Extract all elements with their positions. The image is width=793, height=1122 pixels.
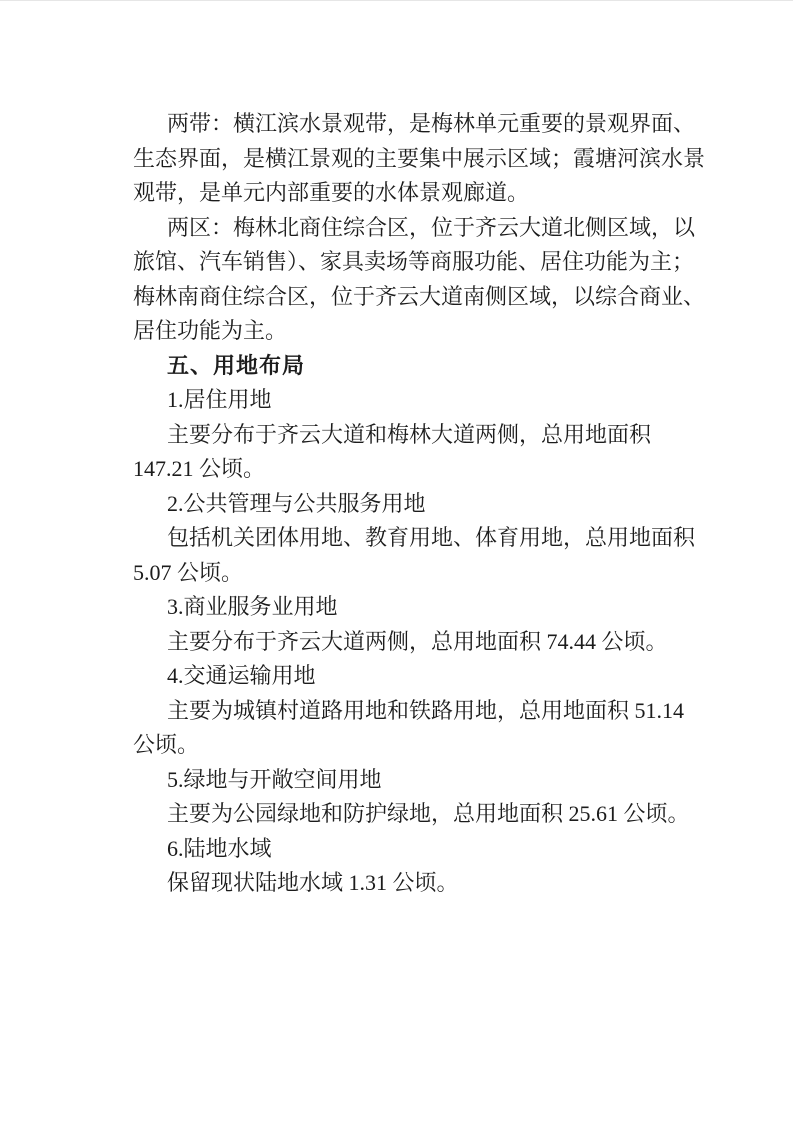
item-title-green-space: 5.绿地与开敞空间用地: [133, 763, 705, 798]
item-body-residential-2: 147.21 公顷。: [133, 452, 705, 487]
item-body-commercial: 主要分布于齐云大道两侧，总用地面积 74.44 公顷。: [133, 625, 705, 660]
item-body-public-service-1: 包括机关团体用地、教育用地、体育用地，总用地面积: [133, 521, 705, 556]
doc-line-two-zones-4: 居住功能为主。: [133, 314, 705, 349]
item-body-green-space: 主要为公园绿地和防护绿地，总用地面积 25.61 公顷。: [133, 797, 705, 832]
item-body-residential-1: 主要分布于齐云大道和梅林大道两侧，总用地面积: [133, 418, 705, 453]
doc-line-two-belts-3: 观带，是单元内部重要的水体景观廊道。: [133, 176, 705, 211]
document-content: 两带：横江滨水景观带，是梅林单元重要的景观界面、 生态界面，是横江景观的主要集中…: [133, 107, 705, 901]
item-title-transport: 4.交通运输用地: [133, 659, 705, 694]
item-body-transport-2: 公顷。: [133, 728, 705, 763]
doc-line-two-belts-1: 两带：横江滨水景观带，是梅林单元重要的景观界面、: [133, 107, 705, 142]
item-body-transport-1: 主要为城镇村道路用地和铁路用地，总用地面积 51.14: [133, 694, 705, 729]
doc-line-two-zones-3: 梅林南商住综合区，位于齐云大道南侧区域，以综合商业、: [133, 280, 705, 315]
doc-line-two-zones-1: 两区：梅林北商住综合区，位于齐云大道北侧区域，以: [133, 211, 705, 246]
item-title-inland-water: 6.陆地水域: [133, 832, 705, 867]
item-title-residential: 1.居住用地: [133, 383, 705, 418]
doc-line-two-zones-2: 旅馆、汽车销售）、家具卖场等商服功能、居住功能为主；: [133, 245, 705, 280]
item-body-inland-water: 保留现状陆地水域 1.31 公顷。: [133, 866, 705, 901]
item-body-public-service-2: 5.07 公顷。: [133, 556, 705, 591]
doc-line-two-belts-2: 生态界面，是横江景观的主要集中展示区域；霞塘河滨水景: [133, 142, 705, 177]
item-title-commercial: 3.商业服务业用地: [133, 590, 705, 625]
item-title-public-service: 2.公共管理与公共服务用地: [133, 487, 705, 522]
document-page: 两带：横江滨水景观带，是梅林单元重要的景观界面、 生态界面，是横江景观的主要集中…: [0, 0, 793, 1122]
section-heading-land-use-layout: 五、用地布局: [133, 349, 705, 384]
